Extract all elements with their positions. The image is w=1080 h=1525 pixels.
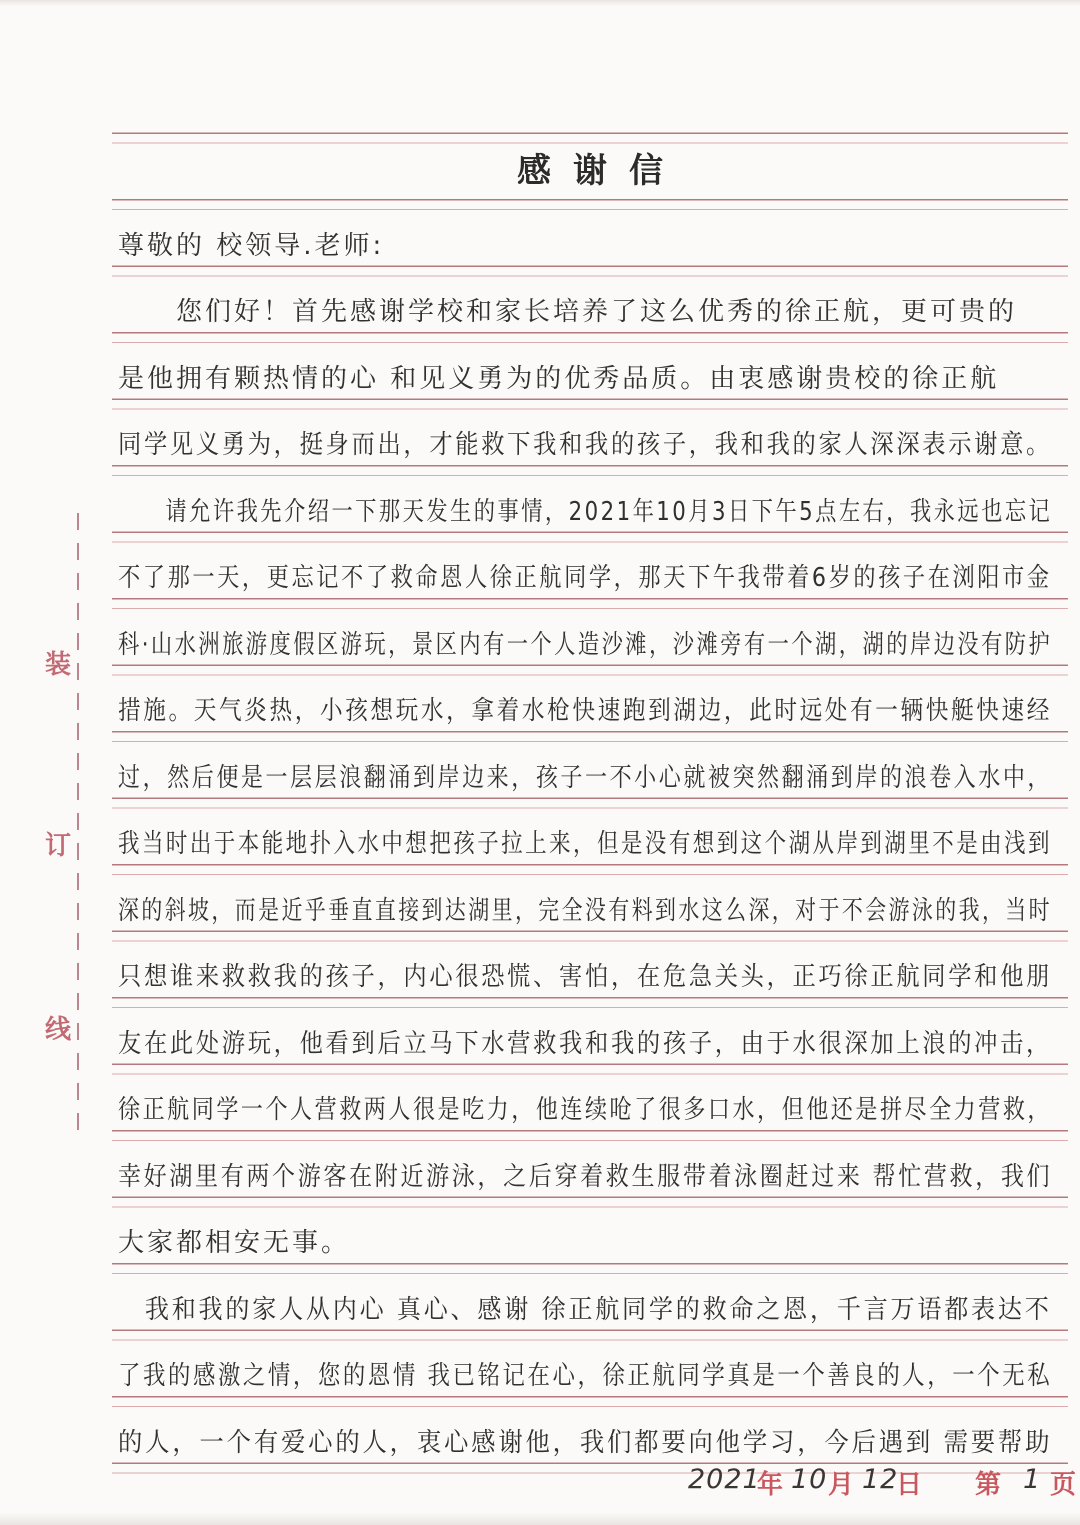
letter-row-salutation: 尊敬的 校领导.老师:	[118, 203, 1062, 266]
letter-row: 友在此处游玩，他看到后立马下水营救我和我的孩子，由于水很深加上浪的冲击，	[118, 1001, 1062, 1064]
letter-row: 科·山水洲旅游度假区游玩，景区内有一个人造沙滩，沙滩旁有一个湖，湖的岸边没有防护	[118, 602, 1062, 665]
letter-paper: 感谢信 尊敬的 校领导.老师: 您们好！首先感谢学校和家长培养了这么优秀的徐正航…	[0, 0, 1080, 1525]
footer-page-number: 1	[1023, 1464, 1041, 1495]
letter-row: 深的斜坡，而是近乎垂直直接到达湖里，完全没有料到水这么深，对于不会游泳的我，当时	[118, 868, 1062, 931]
letter-row: 徐正航同学一个人营救两人很是吃力，他连续呛了很多口水，但他还是拼尽全力营救，	[118, 1067, 1062, 1130]
footer-month-value: 10	[791, 1464, 827, 1495]
letter-row-text: 了我的感激之情，您的恩情 我已铭记在心，徐正航同学真是一个善良的人，一个无私	[118, 1355, 1052, 1392]
letter-title: 感谢信	[495, 143, 685, 192]
letter-row: 您们好！首先感谢学校和家长培养了这么优秀的徐正航，更可贵的	[118, 269, 1062, 332]
letter-row: 是他拥有颗热情的心 和见义勇为的优秀品质。由衷感谢贵校的徐正航	[118, 336, 1062, 399]
letter-row-text: 我当时出于本能地扑入水中想把孩子拉上来，但是没有想到这个湖从岸到湖里不是由浅到	[118, 823, 1052, 860]
letter-row-text: 友在此处游玩，他看到后立马下水营救我和我的孩子，由于水很深加上浪的冲击，	[118, 1023, 1052, 1060]
letter-row: 了我的感激之情，您的恩情 我已铭记在心，徐正航同学真是一个善良的人，一个无私	[118, 1333, 1062, 1396]
binding-char-ding: 订	[44, 825, 72, 862]
ruled-writing-area: 感谢信 尊敬的 校领导.老师: 您们好！首先感谢学校和家长培养了这么优秀的徐正航…	[112, 80, 1068, 1478]
letter-row-text: 不了那一天，更忘记不了救命恩人徐正航同学，那天下午我带着6岁的孩子在浏阳市金	[118, 557, 1052, 594]
letter-row-text: 深的斜坡，而是近乎垂直直接到达湖里，完全没有料到水这么深，对于不会游泳的我，当时	[118, 890, 1052, 927]
letter-row-text: 幸好湖里有两个游客在附近游泳，之后穿着救生服带着泳圈赶过来 帮忙营救，我们	[118, 1156, 1052, 1193]
letter-row-text: 大家都相安无事。	[118, 1222, 350, 1259]
binding-char-zhuang: 装	[44, 644, 72, 681]
footer-day-label: 日	[896, 1464, 922, 1501]
letter-row-text: 徐正航同学一个人营救两人很是吃力，他连续呛了很多口水，但他还是拼尽全力营救，	[118, 1089, 1052, 1126]
footer-month-label: 月	[828, 1464, 854, 1501]
letter-row-text: 措施。天气炎热，小孩想玩水，拿着水枪快速跑到湖边，此时远处有一辆快艇快速经	[118, 690, 1052, 727]
letter-row: 的人，一个有爱心的人，衷心感谢他，我们都要向他学习，今后遇到 需要帮助	[118, 1400, 1062, 1463]
binding-char-xian: 线	[44, 1009, 72, 1046]
letter-row-text: 请允许我先介绍一下那天发生的事情，2021年10月3日下午5点左右，我永远也忘记	[118, 491, 1052, 528]
letter-row: 我和我的家人从内心 真心、感谢 徐正航同学的救命之恩，千言万语都表达不	[118, 1267, 1062, 1330]
binding-dashed-line	[77, 513, 79, 1138]
letter-row: 请允许我先介绍一下那天发生的事情，2021年10月3日下午5点左右，我永远也忘记	[118, 469, 1062, 532]
letter-row: 大家都相安无事。	[118, 1200, 1062, 1263]
letter-row-text: 过，然后便是一层层浪翻涌到岸边来，孩子一不小心就被突然翻涌到岸的浪卷入水中，	[118, 757, 1052, 794]
letter-row-text: 同学见义勇为，挺身而出，才能救下我和我的孩子，我和我的家人深深表示谢意。	[118, 424, 1052, 461]
letter-row: 过，然后便是一层层浪翻涌到岸边来，孩子一不小心就被突然翻涌到岸的浪卷入水中，	[118, 735, 1062, 798]
letter-row: 同学见义勇为，挺身而出，才能救下我和我的孩子，我和我的家人深深表示谢意。	[118, 402, 1062, 465]
letter-row-text: 的人，一个有爱心的人，衷心感谢他，我们都要向他学习，今后遇到 需要帮助	[118, 1422, 1052, 1459]
footer-day-value: 12	[862, 1464, 898, 1495]
letter-title-row: 感谢信	[118, 136, 1062, 199]
letter-row-text: 只想谁来救救我的孩子，内心很恐慌、害怕，在危急关头，正巧徐正航同学和他朋	[118, 956, 1052, 993]
footer-year-label: 年	[757, 1464, 783, 1501]
letter-row-text: 科·山水洲旅游度假区游玩，景区内有一个人造沙滩，沙滩旁有一个湖，湖的岸边没有防护	[118, 624, 1052, 661]
letter-row: 我当时出于本能地扑入水中想把孩子拉上来，但是没有想到这个湖从岸到湖里不是由浅到	[118, 801, 1062, 864]
letter-row: 措施。天气炎热，小孩想玩水，拿着水枪快速跑到湖边，此时远处有一辆快艇快速经	[118, 668, 1062, 731]
letter-row: 只想谁来救救我的孩子，内心很恐慌、害怕，在危急关头，正巧徐正航同学和他朋	[118, 934, 1062, 997]
letter-row-text: 您们好！首先感谢学校和家长培养了这么优秀的徐正航，更可贵的	[118, 291, 1017, 328]
letter-row-text: 我和我的家人从内心 真心、感谢 徐正航同学的救命之恩，千言万语都表达不	[118, 1289, 1052, 1326]
letter-row: 不了那一天，更忘记不了救命恩人徐正航同学，那天下午我带着6岁的孩子在浏阳市金	[118, 535, 1062, 598]
letter-row-text: 是他拥有颗热情的心 和见义勇为的优秀品质。由衷感谢贵校的徐正航	[118, 358, 999, 395]
footer-page-prefix: 第	[975, 1464, 1001, 1501]
salutation-text: 尊敬的 校领导.老师:	[118, 225, 384, 262]
footer-year-value: 2021	[688, 1464, 761, 1495]
footer-page-suffix: 页	[1050, 1464, 1076, 1501]
letter-row: 幸好湖里有两个游客在附近游泳，之后穿着救生服带着泳圈赶过来 帮忙营救，我们	[118, 1134, 1062, 1197]
